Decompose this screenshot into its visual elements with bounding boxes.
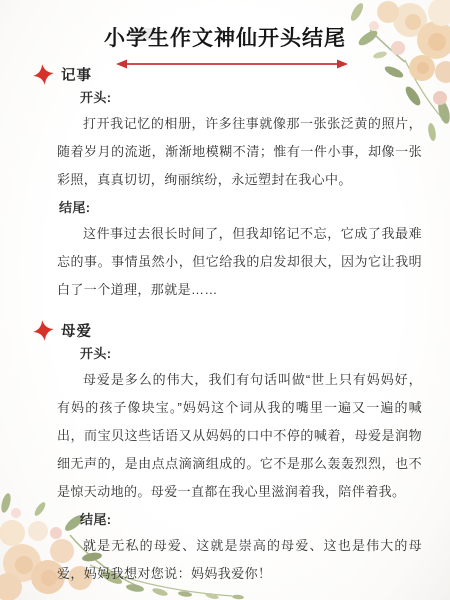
section-content: 开头: 打开我记忆的相册，许多往事就像那一张张泛黄的照片，随着岁月的流逝，渐渐地… (57, 86, 422, 304)
ending-paragraph: 这件事过去很长时间了，但我却铭记不忘，它成了我最难忘的事。事情虽然小，但它给我的… (57, 220, 422, 304)
section-heading: 记事 (61, 64, 92, 85)
page-title: 小学生作文神仙开头结尾 (0, 26, 450, 52)
opening-label: 开头: (57, 86, 422, 110)
diamond-bullet-icon (33, 64, 54, 85)
section-header: 记事 (33, 64, 450, 84)
section-content: 开头: 母爱是多么的伟大，我们有句话叫做“世上只有妈妈好，有妈的孩子像块宝。”妈… (57, 342, 422, 588)
section-mothers-love: 母爱 开头: 母爱是多么的伟大，我们有句话叫做“世上只有妈妈好，有妈的孩子像块宝… (0, 320, 450, 588)
ending-label: 结尾: (57, 196, 422, 220)
diamond-bullet-icon (33, 320, 54, 341)
ending-paragraph: 就是无私的母爱、这就是崇高的母爱、这也是伟大的母爱，妈妈我想对您说：妈妈我爱你！ (57, 532, 422, 588)
opening-paragraph: 母爱是多么的伟大，我们有句话叫做“世上只有妈妈好，有妈的孩子像块宝。”妈妈这个词… (57, 366, 422, 506)
document-page: 小学生作文神仙开头结尾 记事 开头: 打开我记忆的相册，许多往事就像那一张张泛黄… (0, 0, 450, 600)
opening-paragraph: 打开我记忆的相册，许多往事就像那一张张泛黄的照片，随着岁月的流逝，渐渐地模糊不清… (57, 110, 422, 194)
ending-label: 结尾: (57, 508, 422, 532)
section-heading: 母爱 (61, 320, 92, 341)
opening-label: 开头: (57, 342, 422, 366)
section-narrative: 记事 开头: 打开我记忆的相册，许多往事就像那一张张泛黄的照片，随着岁月的流逝，… (0, 64, 450, 304)
section-header: 母爱 (33, 320, 450, 340)
